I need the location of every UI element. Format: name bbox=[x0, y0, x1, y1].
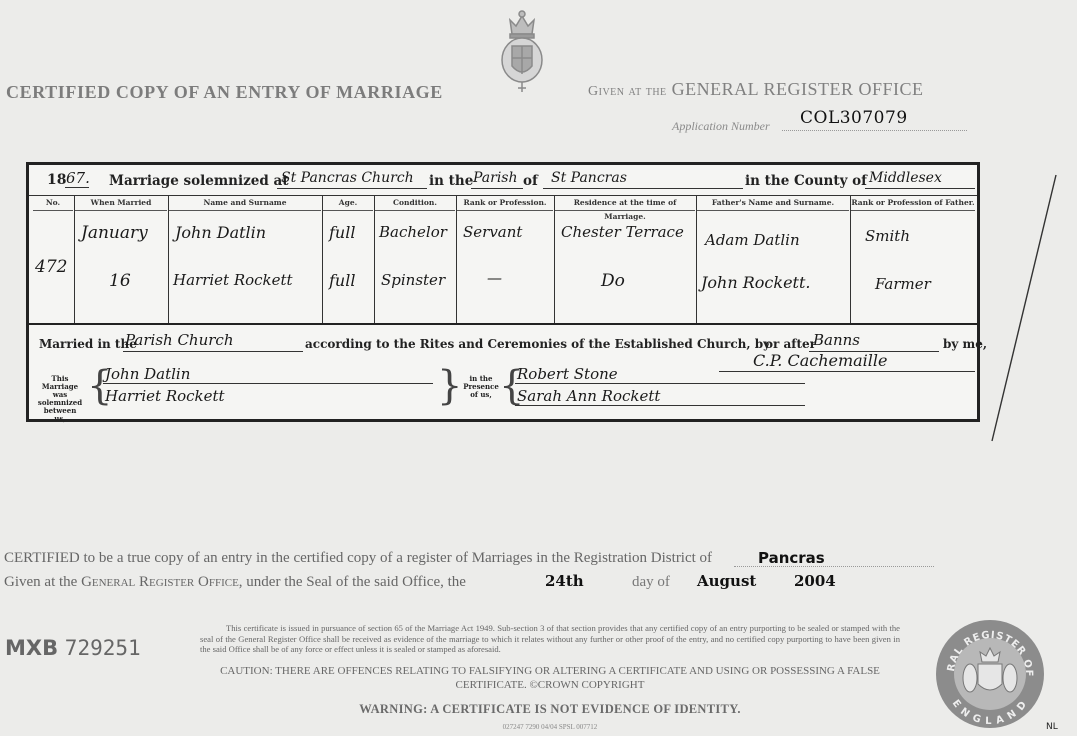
given-at-suffix: , under the Seal of the said Office, the bbox=[239, 574, 466, 590]
registration-district: Pancras bbox=[758, 549, 825, 567]
solemnized-at-label: Marriage solemnized at bbox=[109, 173, 288, 189]
of-label: of bbox=[523, 173, 538, 189]
issue-year: 2004 bbox=[794, 572, 836, 590]
bride-father-name: John Rockett. bbox=[701, 273, 811, 292]
groom-condition: Bachelor bbox=[379, 223, 447, 241]
legal-notice: This certificate is issued in pursuance … bbox=[200, 623, 900, 655]
witness-1-underline bbox=[515, 383, 805, 384]
bride-name: Harriet Rockett bbox=[173, 271, 293, 289]
county-name: Middlesex bbox=[869, 170, 942, 186]
issue-day: 24th bbox=[545, 572, 584, 590]
column-header-when: When Married bbox=[75, 196, 167, 211]
column-divider bbox=[850, 196, 851, 324]
parish-underline bbox=[543, 188, 743, 189]
entry-number: 472 bbox=[35, 257, 67, 277]
column-header-no: No. bbox=[33, 196, 73, 211]
application-number: COL307079 bbox=[800, 108, 908, 128]
royal-crest-icon bbox=[498, 8, 546, 96]
groom-father-name: Adam Datlin bbox=[705, 231, 800, 249]
register-entry: 18 67. Marriage solemnized at St Pancras… bbox=[26, 162, 980, 422]
groom-age: full bbox=[329, 223, 355, 242]
party-groom-signature: John Datlin bbox=[105, 365, 190, 383]
officiant-underline bbox=[719, 371, 975, 372]
parish-word: Parish bbox=[473, 170, 518, 186]
right-brace: } bbox=[437, 363, 462, 409]
caution-notice: CAUTION: THERE ARE OFFENCES RELATING TO … bbox=[200, 664, 900, 692]
entry-divider bbox=[29, 323, 977, 325]
married-in-underline bbox=[123, 351, 303, 352]
column-divider bbox=[322, 196, 323, 324]
bride-condition: Spinster bbox=[381, 271, 445, 289]
given-at-office: General Register Office bbox=[81, 574, 239, 590]
married-in-place: Parish Church bbox=[125, 331, 234, 349]
column-header-name: Name and Surname bbox=[169, 196, 321, 211]
year-handwritten: 67. bbox=[66, 169, 90, 187]
county-label: in the County of bbox=[745, 173, 867, 189]
given-at-prefix: Given at the bbox=[4, 574, 77, 590]
married-in-label: Married in the bbox=[39, 337, 137, 351]
column-header-residence: Residence at the time of Marriage. bbox=[555, 196, 695, 211]
identity-warning: WARNING: A CERTIFICATE IS NOT EVIDENCE O… bbox=[200, 702, 900, 717]
application-number-label: Application Number bbox=[672, 119, 770, 134]
application-number-underline bbox=[782, 130, 967, 131]
rites-text: according to the Rites and Ceremonies of… bbox=[305, 337, 770, 351]
issue-month: August bbox=[697, 572, 756, 590]
when-married-day: 16 bbox=[109, 271, 131, 291]
groom-profession: Servant bbox=[463, 223, 522, 241]
bride-residence: Do bbox=[601, 271, 625, 291]
given-at-line: Given at the General Register Office, un… bbox=[4, 574, 466, 591]
church-underline bbox=[277, 188, 427, 189]
column-divider bbox=[456, 196, 457, 324]
day-of-label: day of bbox=[632, 574, 670, 591]
groom-residence: Chester Terrace bbox=[561, 223, 684, 241]
year-underline bbox=[65, 187, 89, 188]
bride-age: full bbox=[329, 271, 355, 290]
gro-header-prefix: Given at the bbox=[588, 84, 667, 99]
county-underline bbox=[865, 188, 975, 189]
banns: Banns bbox=[813, 331, 860, 349]
witness-2-underline bbox=[515, 405, 805, 406]
cancellation-stroke bbox=[990, 165, 1070, 445]
when-married-month: January bbox=[81, 223, 148, 243]
church-name: St Pancras Church bbox=[281, 170, 414, 186]
certification-line: CERTIFIED to be a true copy of an entry … bbox=[4, 550, 712, 567]
certificate-title: CERTIFIED COPY OF AN ENTRY OF MARRIAGE bbox=[6, 82, 443, 103]
bride-father-profession: Farmer bbox=[875, 275, 931, 293]
gro-seal-icon: GENERAL REGISTER OFFICE ENGLAND bbox=[934, 618, 1046, 730]
between-label: This Marriage was solemnized between us, bbox=[37, 375, 83, 423]
column-divider bbox=[696, 196, 697, 324]
by-me-label: by me, bbox=[943, 337, 987, 351]
witness-2-signature: Sarah Ann Rockett bbox=[517, 387, 660, 405]
party-groom-underline bbox=[103, 383, 433, 384]
officiant-signature: C.P. Cachemaille bbox=[753, 351, 888, 370]
column-header-condition: Condition. bbox=[375, 196, 455, 211]
serial-digits: 729251 bbox=[65, 636, 141, 660]
gro-header-name: GENERAL REGISTER OFFICE bbox=[672, 79, 924, 99]
clerk-initials: NL bbox=[1046, 722, 1058, 732]
parish-name: St Pancras bbox=[551, 170, 627, 186]
column-header-father-profession: Rank or Profession of Father. bbox=[851, 196, 975, 211]
bride-profession: — bbox=[487, 269, 502, 287]
column-divider bbox=[554, 196, 555, 324]
presence-label: in the Presence of us, bbox=[461, 375, 501, 399]
column-header-age: Age. bbox=[323, 196, 373, 211]
year-printed: 18 bbox=[47, 172, 66, 188]
or-after-label: or after bbox=[765, 337, 816, 351]
column-header-profession: Rank or Profession. bbox=[457, 196, 553, 211]
groom-name: John Datlin bbox=[175, 223, 266, 242]
column-header-father: Father's Name and Surname. bbox=[697, 196, 849, 211]
form-codes: 027247 7290 04/04 SPSL 007712 bbox=[200, 723, 900, 731]
column-divider bbox=[74, 196, 75, 324]
in-the-label: in the bbox=[429, 173, 473, 189]
serial-prefix: MXB bbox=[5, 636, 58, 660]
groom-father-profession: Smith bbox=[865, 227, 910, 245]
serial-number: MXB 729251 bbox=[5, 636, 141, 660]
witness-1-signature: Robert Stone bbox=[517, 365, 618, 383]
column-divider bbox=[168, 196, 169, 324]
gro-header: Given at the GENERAL REGISTER OFFICE bbox=[588, 79, 924, 100]
parish-word-underline bbox=[471, 188, 523, 189]
column-divider bbox=[374, 196, 375, 324]
party-bride-signature: Harriet Rockett bbox=[105, 387, 225, 405]
